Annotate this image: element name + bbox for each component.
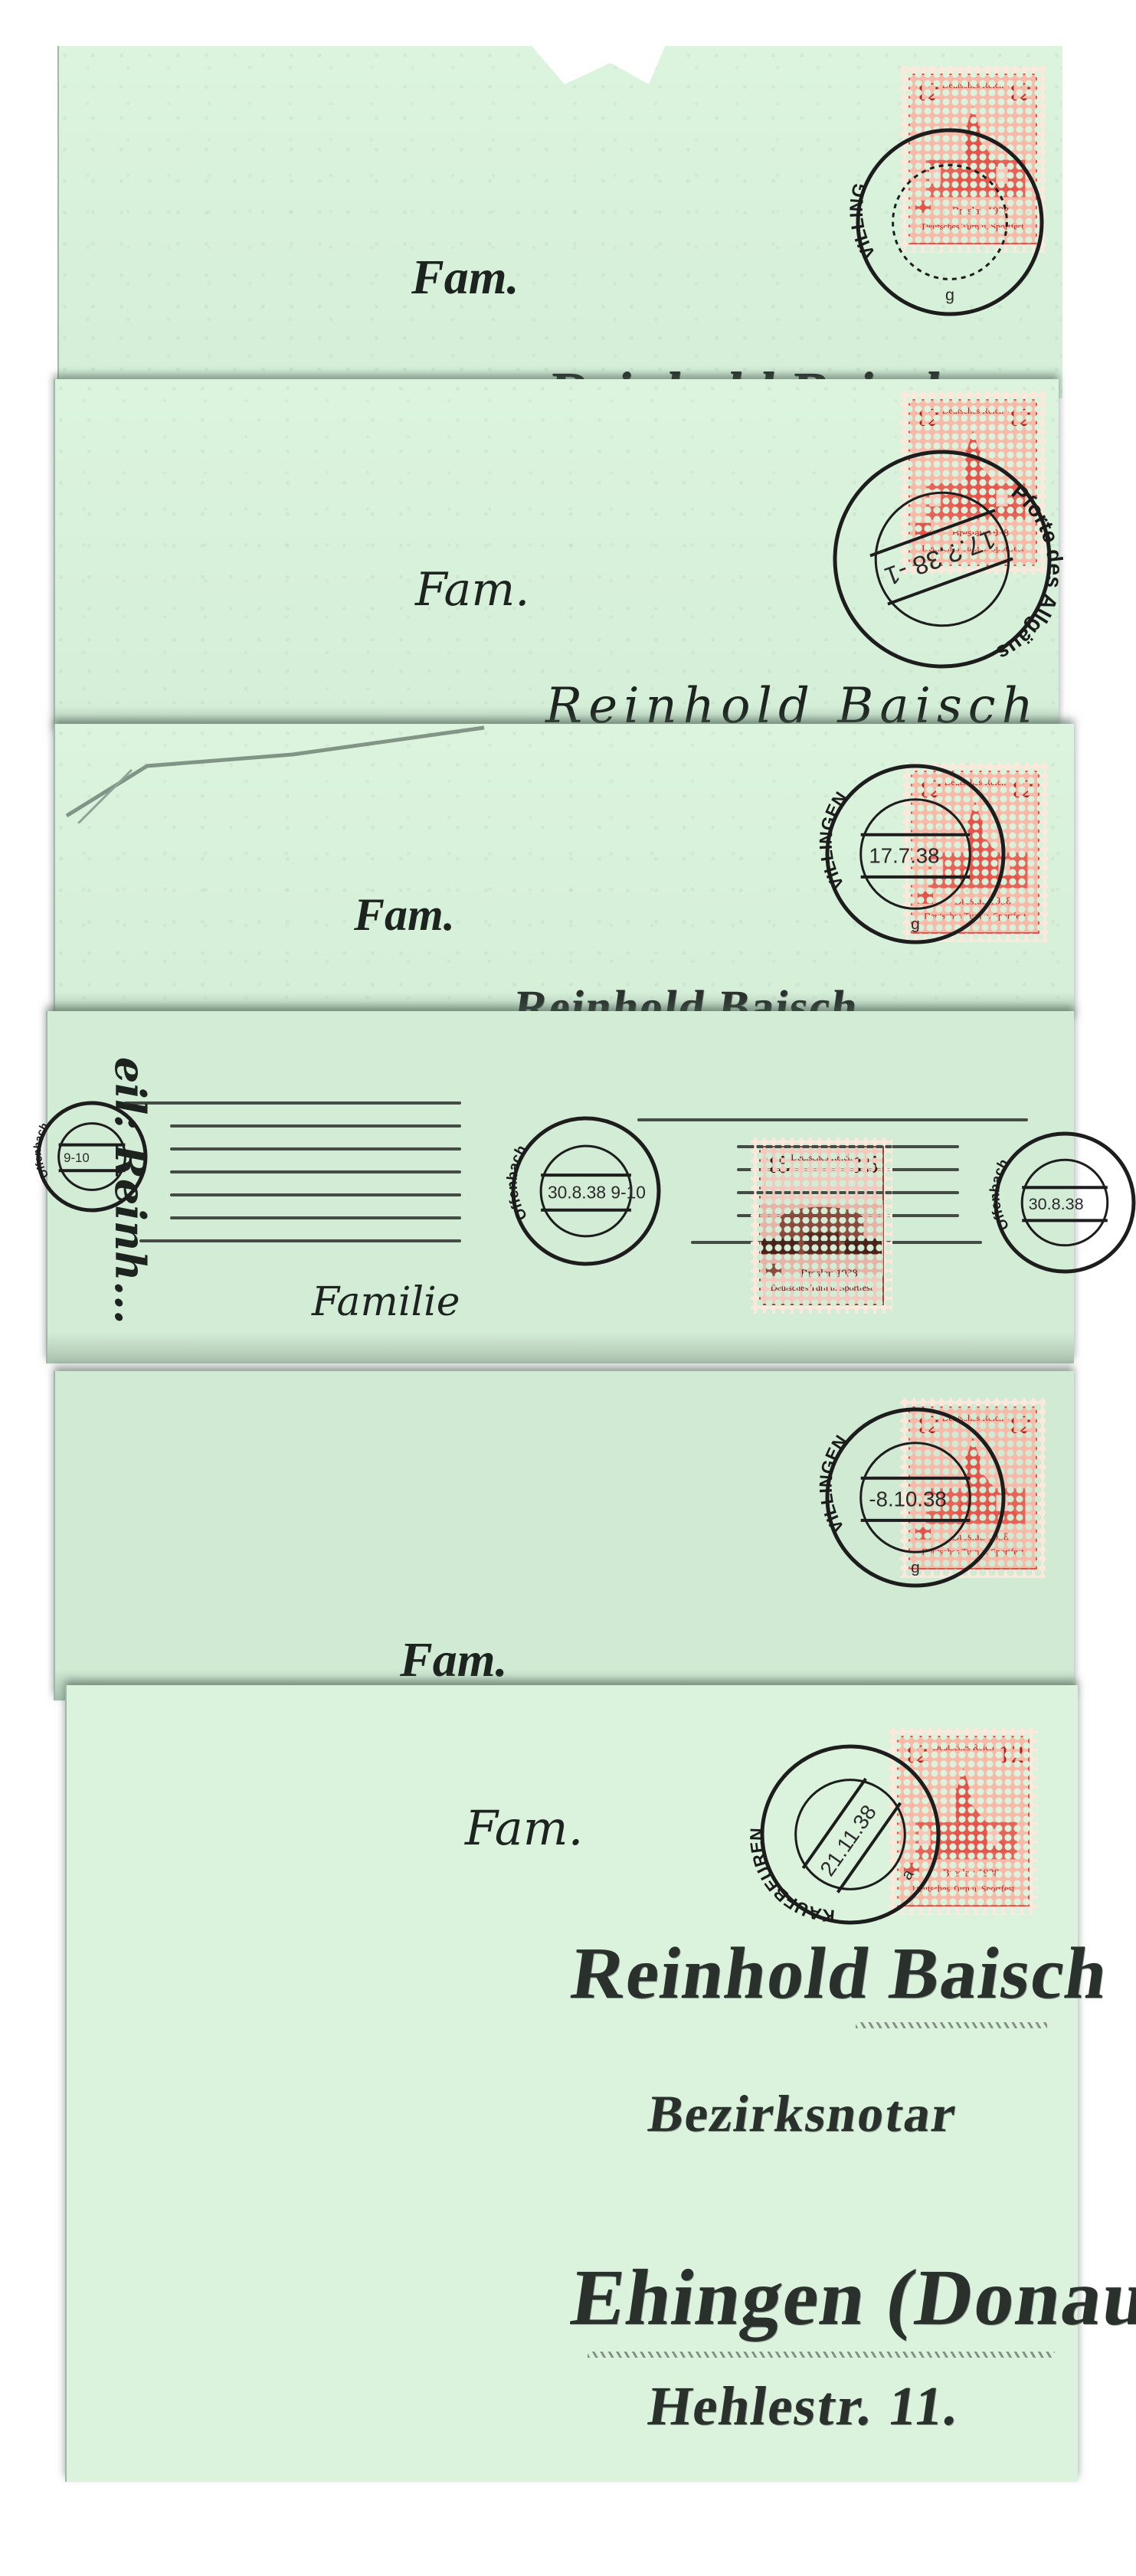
postmark-4c: Offenbach 30.8.38 <box>988 1126 1136 1279</box>
salutation: Familie <box>312 1279 460 1325</box>
postmark-6: KAUFBEUREN 21.11.38 a <box>755 1739 946 1930</box>
stamp-value-right: 12 <box>1006 404 1032 432</box>
svg-text:30.8.38: 30.8.38 <box>1029 1194 1084 1213</box>
postmark-4a: Offenbach 9-10 <box>31 1095 153 1218</box>
shadow <box>47 1333 1074 1363</box>
svg-text:g: g <box>911 915 920 933</box>
svg-text:Pforte des Allgäus: Pforte des Allgäus <box>943 473 1097 667</box>
torn-flap <box>519 31 672 84</box>
salutation: Fam. <box>411 249 519 306</box>
svg-text:Offenbach: Offenbach <box>505 1143 532 1223</box>
svg-text:17.7.38: 17.7.38 <box>869 844 939 868</box>
stamp-caption-1: Breslau 1938 <box>800 1268 857 1279</box>
postmark-3: VILLINGEN 17.7.38 g <box>820 758 1011 950</box>
svg-text:VILLING: VILLING <box>846 181 880 263</box>
svg-text:17.?.38 -1: 17.?.38 -1 <box>881 524 1000 590</box>
stamp-value-right: 12 <box>998 1740 1024 1769</box>
recipient-title: Bezirksnotar <box>644 2083 961 2144</box>
recipient-name: Reinhold Baisch <box>566 1930 1114 2015</box>
stamp-4: 15 15 Deutsches Reich Breslau 1938 Deuts… <box>751 1137 892 1314</box>
svg-text:Offenbach: Offenbach <box>987 1157 1012 1233</box>
stamp-caption-1: Breslau 1938 <box>942 1867 999 1879</box>
stamp-caption-2: Deutsches Turn u. Sportfest <box>771 1282 873 1293</box>
postmark-5: VILLINGEN -8.10.38 g <box>820 1402 1011 1593</box>
svg-text:g: g <box>911 1559 920 1576</box>
postmark-1: VILLING g <box>850 123 1049 322</box>
svg-text:-8.10.38: -8.10.38 <box>869 1488 946 1511</box>
svg-text:g: g <box>945 285 954 304</box>
recipient-street: Hehlestr. 11. <box>644 2375 964 2438</box>
svg-text:a: a <box>898 1866 918 1884</box>
svg-text:21.11.38: 21.11.38 <box>815 1801 881 1880</box>
stamp-value-right: 12 <box>1006 78 1032 106</box>
stamp-country: Deutsches Reich <box>942 80 1003 90</box>
salutation: Fam. <box>354 889 455 941</box>
stamp-value-right: 12 <box>1008 775 1034 804</box>
stamp-value-left: 15 <box>764 1151 791 1179</box>
svg-text:Offenbach: Offenbach <box>31 1121 51 1180</box>
recipient-city: Ehingen (Donau) <box>566 2252 1136 2343</box>
salutation: Fam. <box>465 1800 583 1856</box>
city-underline <box>588 2352 1055 2358</box>
stamp-value-left: 12 <box>914 404 940 432</box>
postmark-2: Pforte des Allgäus 17.?.38 -1 <box>827 444 1057 674</box>
svg-text:VILLINGEN: VILLINGEN <box>815 788 850 893</box>
postmark-4b: Offenbach 30.8.38 9-10 <box>506 1111 666 1272</box>
crease-fold <box>55 724 515 823</box>
stamp-country: Deutsches Reich <box>791 1152 852 1163</box>
svg-text:VILLINGEN: VILLINGEN <box>815 1432 850 1537</box>
svg-text:9-10: 9-10 <box>64 1151 90 1165</box>
stamp-value-right: 15 <box>853 1151 879 1179</box>
stamp-value-left: 12 <box>914 78 940 106</box>
salutation: Fam. <box>415 563 529 617</box>
stamp-country: Deutsches Reich <box>942 405 1003 416</box>
name-underline <box>856 2022 1047 2028</box>
svg-text:30.8.38 9-10: 30.8.38 9-10 <box>548 1183 646 1203</box>
